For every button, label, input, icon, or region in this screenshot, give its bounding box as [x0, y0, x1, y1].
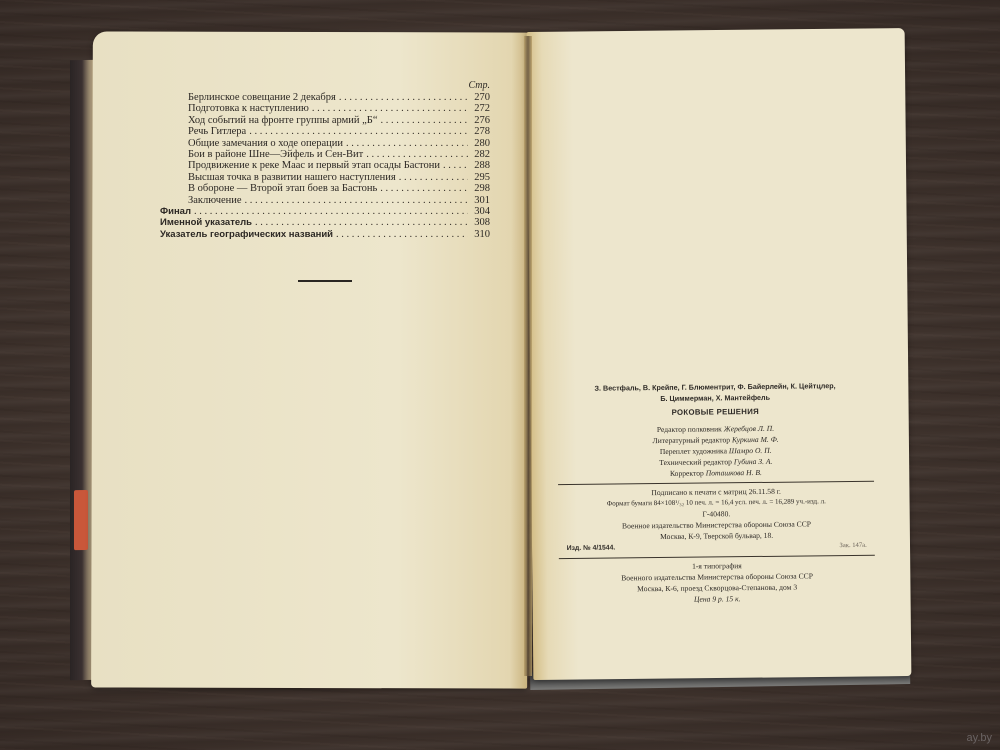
toc-leader-dots — [440, 160, 468, 171]
toc-entry: В обороне — Второй этап боев за Бастонь2… — [160, 183, 490, 194]
toc-leader-dots — [377, 183, 468, 194]
toc-entry: Указатель географических названий310 — [160, 229, 490, 240]
toc-entry-page: 310 — [468, 229, 490, 240]
toc-entry-page: 278 — [468, 126, 490, 137]
toc-leader-dots — [363, 149, 468, 160]
toc-leader-dots — [246, 126, 468, 137]
toc-leader-dots — [378, 115, 469, 126]
toc-leader-dots — [333, 229, 468, 240]
table-of-contents: Стр. Берлинское совещание 2 декабря270По… — [160, 80, 490, 240]
toc-entry: Бои в районе Шне—Эйфель и Сен-Вит282 — [160, 149, 490, 160]
colophon: З. Вестфаль, В. Крейпе, Г. Блюментрит, Ф… — [565, 380, 867, 606]
edition-row: Изд. № 4/1544. Зак. 147а. — [567, 540, 867, 554]
toc-entry-title: Заключение — [188, 195, 242, 206]
toc-entry-title: Именной указатель — [160, 217, 252, 228]
toc-entry-title: Ход событий на фронте группы армий „Б“ — [188, 115, 378, 126]
toc-divider — [298, 280, 352, 282]
toc-entry-title: Бои в районе Шне—Эйфель и Сен-Вит — [188, 149, 363, 160]
authors: З. Вестфаль, В. Крейпе, Г. Блюментрит, Ф… — [565, 380, 865, 405]
toc-entry-title: Высшая точка в развитии нашего наступлен… — [188, 172, 396, 183]
toc-entry-page: 295 — [468, 172, 490, 183]
toc-entry-page: 288 — [468, 160, 490, 171]
toc-entry: Подготовка к наступлению272 — [160, 103, 490, 114]
toc-leader-dots — [343, 138, 468, 149]
toc-entry: Высшая точка в развитии нашего наступлен… — [160, 172, 490, 183]
cover-tear — [74, 490, 88, 550]
toc-entry-page: 308 — [468, 217, 490, 228]
toc-entry: Заключение301 — [160, 195, 490, 206]
toc-entry-title: Берлинское совещание 2 декабря — [188, 92, 336, 103]
toc-entry-title: В обороне — Второй этап боев за Бастонь — [188, 183, 377, 194]
toc-entry-page: 276 — [468, 115, 490, 126]
toc-entry-title: Речь Гитлера — [188, 126, 246, 137]
toc-leader-dots — [396, 172, 468, 183]
toc-entry: Продвижение к реке Маас и первый этап ос… — [160, 160, 490, 171]
order-number: Зак. 147а. — [839, 540, 866, 551]
toc-entry-page: 301 — [468, 195, 490, 206]
credits: Редактор полковник Жеребцов Л. П.Литерат… — [565, 422, 866, 480]
book-title: РОКОВЫЕ РЕШЕНИЯ — [565, 405, 865, 419]
toc-entry: Речь Гитлера278 — [160, 126, 490, 137]
toc-entry-page: 270 — [468, 92, 490, 103]
toc-entry-title: Продвижение к реке Маас и первый этап ос… — [188, 160, 440, 171]
toc-entry: Берлинское совещание 2 декабря270 — [160, 92, 490, 103]
toc-entry: Именной указатель308 — [160, 217, 490, 228]
toc-entry-page: 282 — [468, 149, 490, 160]
toc-entry-page: 298 — [468, 183, 490, 194]
toc-entry-page: 272 — [468, 103, 490, 114]
toc-entry: Общие замечания о ходе операции280 — [160, 138, 490, 149]
toc-leader-dots — [242, 195, 468, 206]
toc-page-header: Стр. — [160, 80, 490, 92]
toc-leader-dots — [309, 103, 468, 114]
toc-entry-title: Указатель географических названий — [160, 229, 333, 240]
toc-leader-dots — [336, 92, 468, 103]
watermark: ay.by — [967, 732, 992, 744]
book-gutter — [524, 36, 532, 676]
toc-entry: Ход событий на фронте группы армий „Б“27… — [160, 115, 490, 126]
toc-leader-dots — [252, 217, 468, 228]
toc-leader-dots — [191, 206, 468, 217]
toc-entry-page: 304 — [468, 206, 490, 217]
toc-entry-title: Общие замечания о ходе операции — [188, 138, 343, 149]
edition-number: Изд. № 4/1544. — [567, 542, 616, 554]
toc-entry-title: Подготовка к наступлению — [188, 103, 309, 114]
toc-entry-page: 280 — [468, 138, 490, 149]
credit-line: Корректор Поташкова Н. В. — [566, 466, 866, 480]
toc-entry: Финал304 — [160, 206, 490, 217]
toc-entry-title: Финал — [160, 206, 191, 217]
